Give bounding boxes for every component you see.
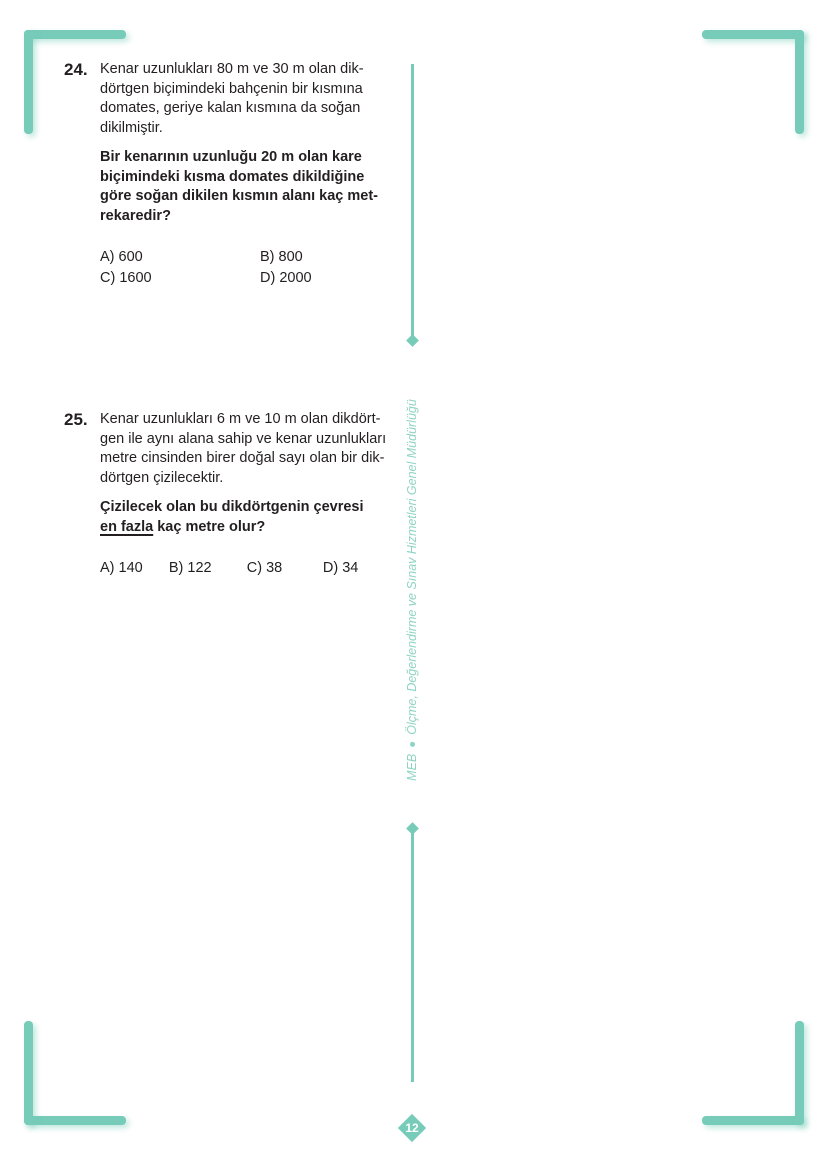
option-b[interactable]: B) 122 — [169, 559, 247, 579]
option-c[interactable]: C) 1600 — [100, 269, 260, 289]
question-number: 25. — [64, 410, 88, 430]
prompt-emphasis: en fazla — [100, 519, 153, 535]
column-divider-bottom — [411, 830, 414, 1082]
corner-bracket-bottom-left — [24, 1025, 124, 1125]
question-number: 24. — [64, 60, 88, 80]
corner-bracket-top-right — [704, 30, 804, 130]
question-24: 24. Kenar uzunlukları 80 m ve 30 m olan … — [64, 60, 399, 288]
question-25: 25. Kenar uzunlukları 6 m ve 10 m olan d… — [64, 410, 399, 579]
page-number-badge: 12 — [398, 1114, 426, 1142]
page-number: 12 — [398, 1114, 426, 1142]
prompt-suffix: kaç metre olur? — [157, 519, 265, 535]
question-prompt: Çizilecek olan bu dikdörtgenin çevresi e… — [100, 498, 399, 537]
question-stem: Kenar uzunlukları 80 m ve 30 m olan dik-… — [100, 60, 399, 138]
option-d[interactable]: D) 2000 — [260, 269, 380, 289]
option-a[interactable]: A) 140 — [100, 559, 169, 579]
question-prompt: Bir kenarının uzunluğu 20 m olan kare bi… — [100, 148, 399, 226]
column-divider-top — [411, 64, 414, 340]
bullet-icon — [410, 742, 415, 747]
org-label: MEB — [405, 754, 419, 781]
option-d[interactable]: D) 34 — [323, 559, 399, 579]
answer-options: A) 140 B) 122 C) 38 D) 34 — [100, 559, 399, 579]
option-c[interactable]: C) 38 — [247, 559, 323, 579]
answer-options: A) 600 B) 800 C) 1600 D) 2000 — [100, 248, 399, 288]
publisher-side-label: MEBÖlçme, Değerlendirme ve Sınav Hizmetl… — [405, 399, 419, 781]
corner-bracket-bottom-right — [704, 1025, 804, 1125]
divider-diamond-icon — [406, 334, 419, 347]
option-a[interactable]: A) 600 — [100, 248, 260, 268]
question-stem: Kenar uzunlukları 6 m ve 10 m olan dikdö… — [100, 410, 399, 488]
option-b[interactable]: B) 800 — [260, 248, 380, 268]
dept-label: Ölçme, Değerlendirme ve Sınav Hizmetleri… — [405, 399, 419, 735]
prompt-prefix: Çizilecek olan bu dikdörtgenin çevresi — [100, 499, 364, 515]
